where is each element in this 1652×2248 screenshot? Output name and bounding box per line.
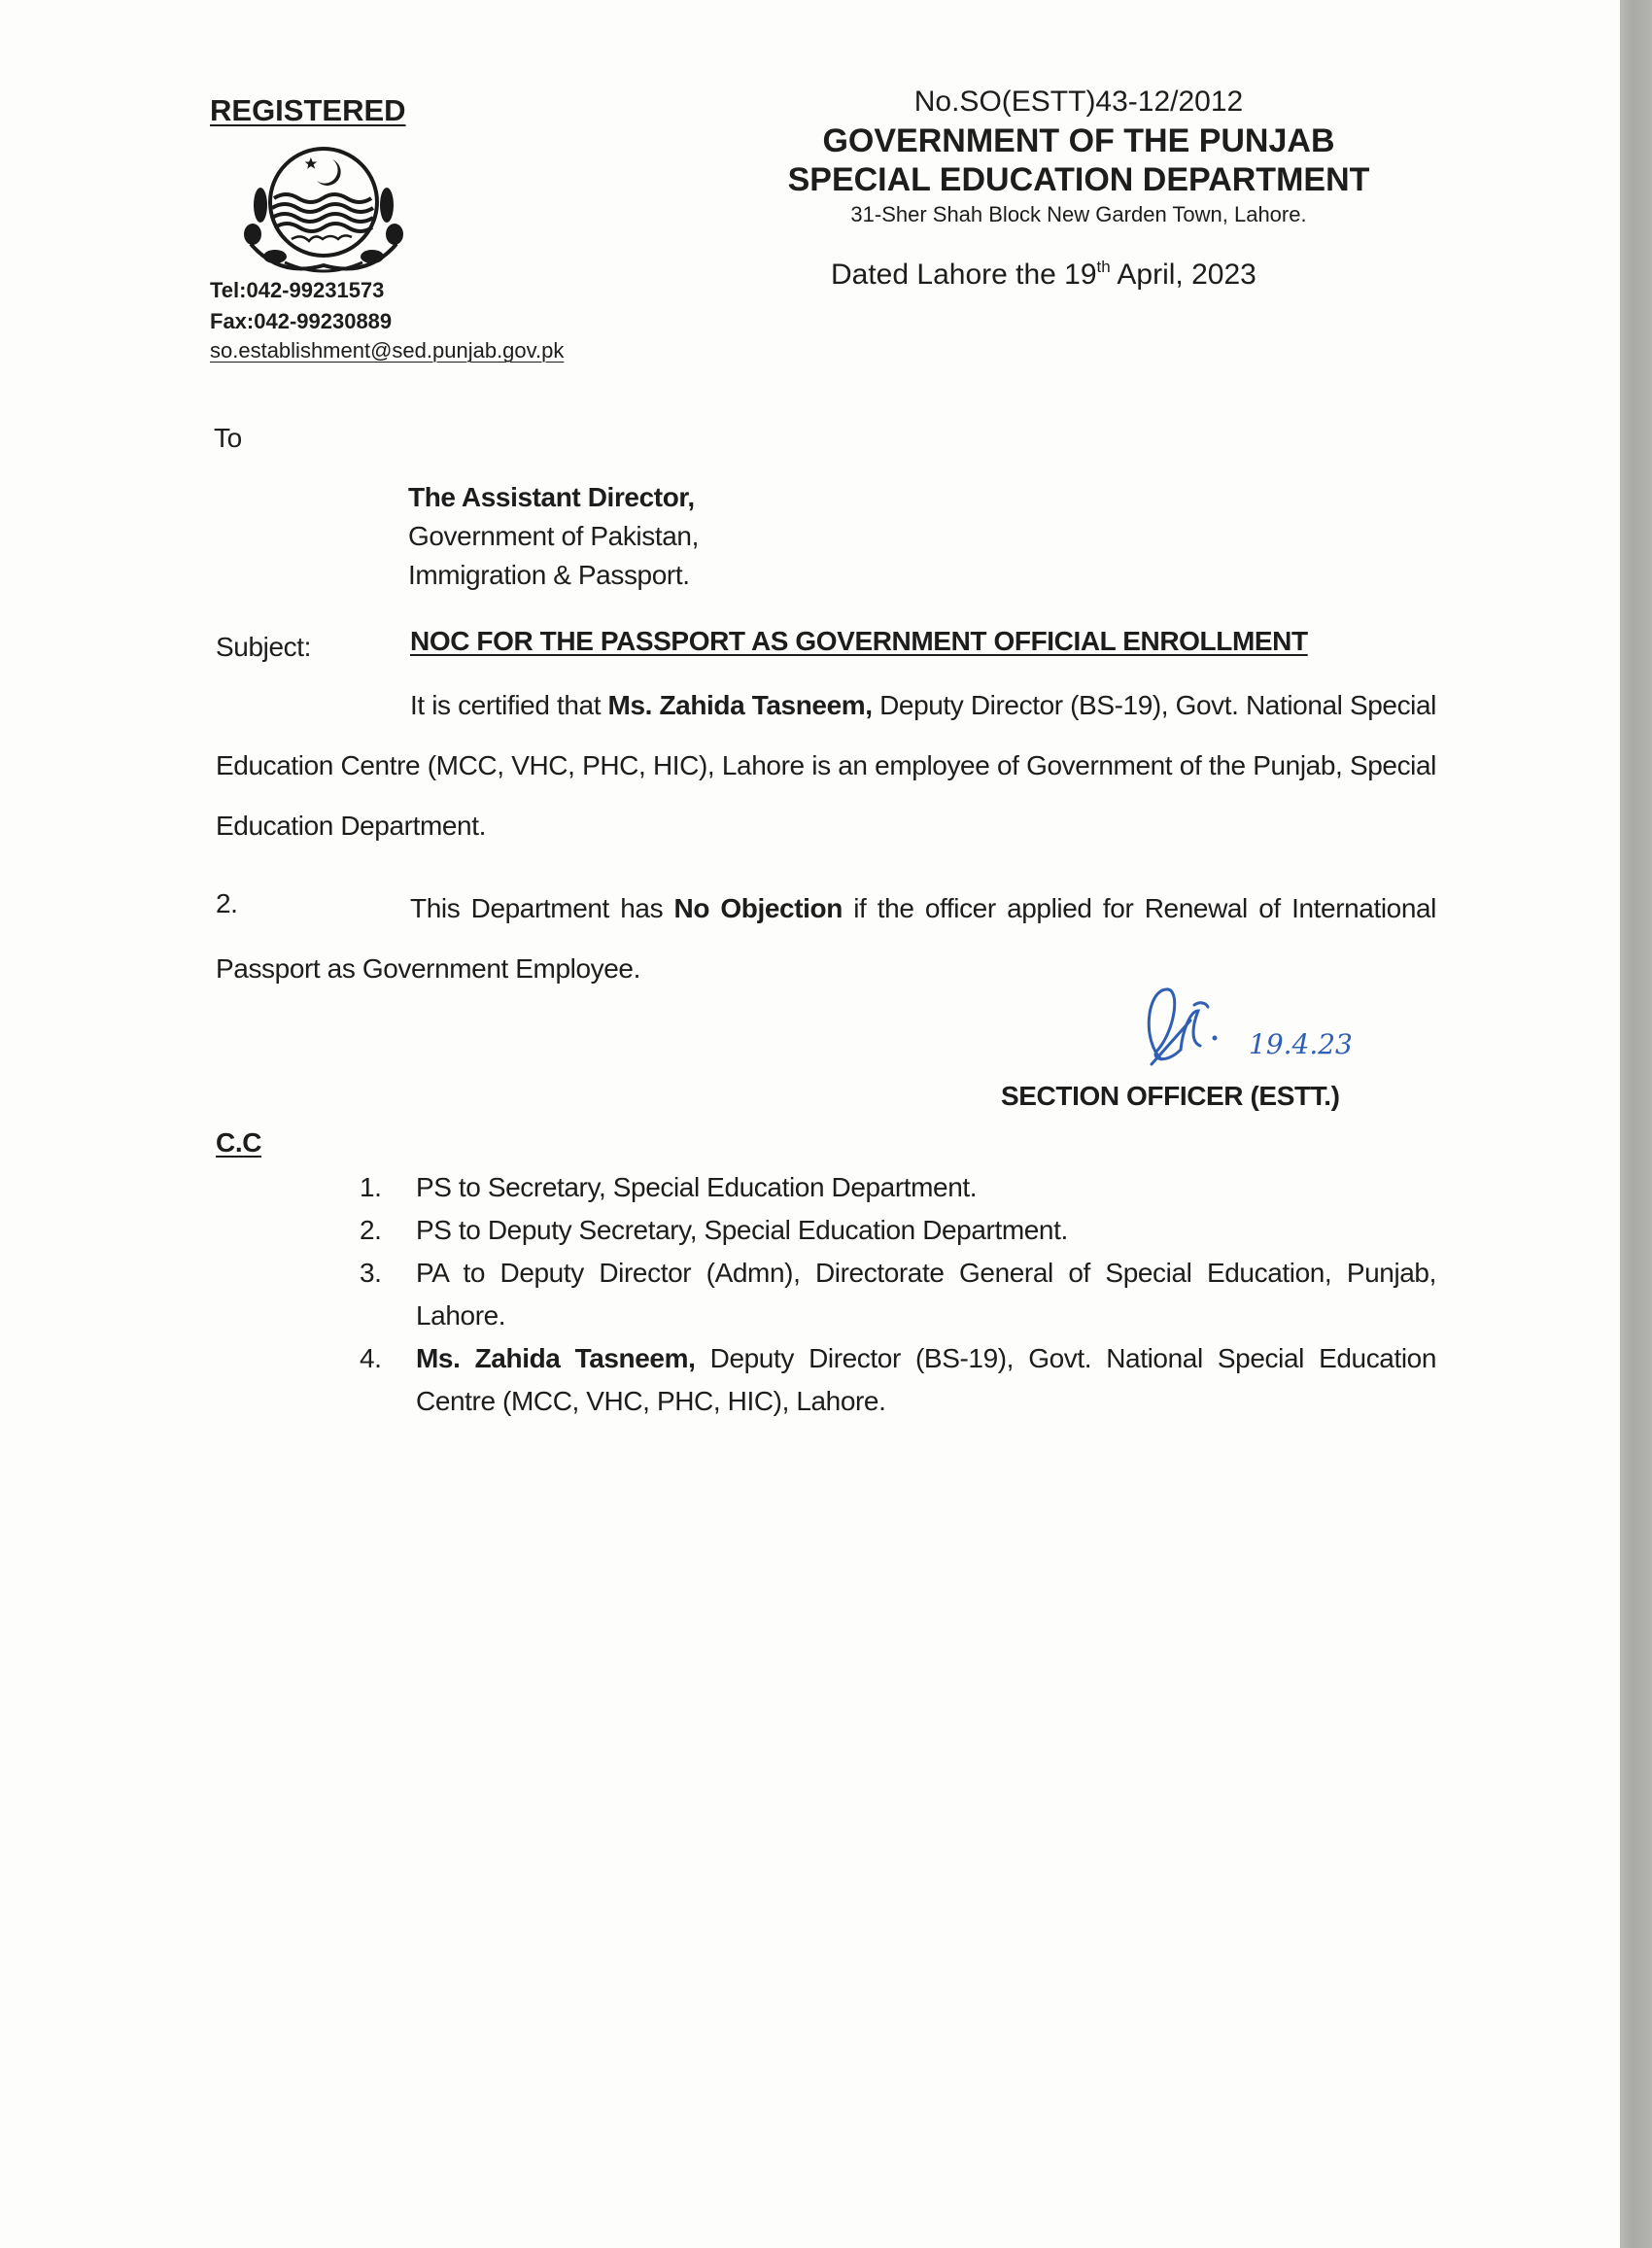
cc-list: 1.PS to Secretary, Special Education Dep… (360, 1166, 1436, 1423)
fax-number: Fax:042-99230889 (210, 309, 392, 334)
cc-item: 4.Ms. Zahida Tasneem, Deputy Director (B… (360, 1337, 1436, 1423)
no-objection-emphasis: No Objection (674, 893, 843, 923)
registered-label: REGISTERED (210, 93, 406, 128)
government-title: GOVERNMENT OF THE PUNJAB (739, 122, 1419, 160)
subject-heading: NOC FOR THE PASSPORT AS GOVERNMENT OFFIC… (410, 628, 1308, 655)
telephone-number: Tel:042-99231573 (210, 278, 384, 303)
addressee-organization: Government of Pakistan, (408, 517, 699, 556)
department-title: SPECIAL EDUCATION DEPARTMENT (739, 161, 1419, 199)
employee-name: Ms. Zahida Tasneem, (608, 690, 873, 720)
paragraph-1: It is certified that Ms. Zahida Tasneem,… (216, 675, 1436, 856)
addressee-title: The Assistant Director, (408, 478, 699, 517)
signatory-designation: SECTION OFFICER (ESTT.) (1001, 1081, 1340, 1112)
email-link[interactable]: so.establishment@sed.punjab.gov.pk (210, 338, 564, 363)
reference-number: No.SO(ESTT)43-12/2012 (739, 86, 1419, 119)
scan-edge (1620, 0, 1652, 2248)
subject-label: Subject: (216, 634, 311, 661)
letter-date: Dated Lahore the 19th April, 2023 (831, 259, 1256, 292)
handwritten-signature-icon: 19.4.23 (1122, 982, 1394, 1079)
to-label: To (214, 425, 242, 452)
signature-date: 19.4.23 (1249, 1028, 1353, 1060)
cc-label: C.C (216, 1129, 261, 1157)
addressee-office: Immigration & Passport. (408, 556, 699, 595)
cc-item: 3.PA to Deputy Director (Admn), Director… (360, 1252, 1436, 1337)
cc-item: 2.PS to Deputy Secretary, Special Educat… (360, 1209, 1436, 1252)
punjab-emblem-icon (231, 142, 416, 278)
cc-item: 1.PS to Secretary, Special Education Dep… (360, 1166, 1436, 1209)
addressee-block: The Assistant Director, Government of Pa… (408, 478, 699, 595)
department-address: 31-Sher Shah Block New Garden Town, Laho… (739, 202, 1419, 227)
